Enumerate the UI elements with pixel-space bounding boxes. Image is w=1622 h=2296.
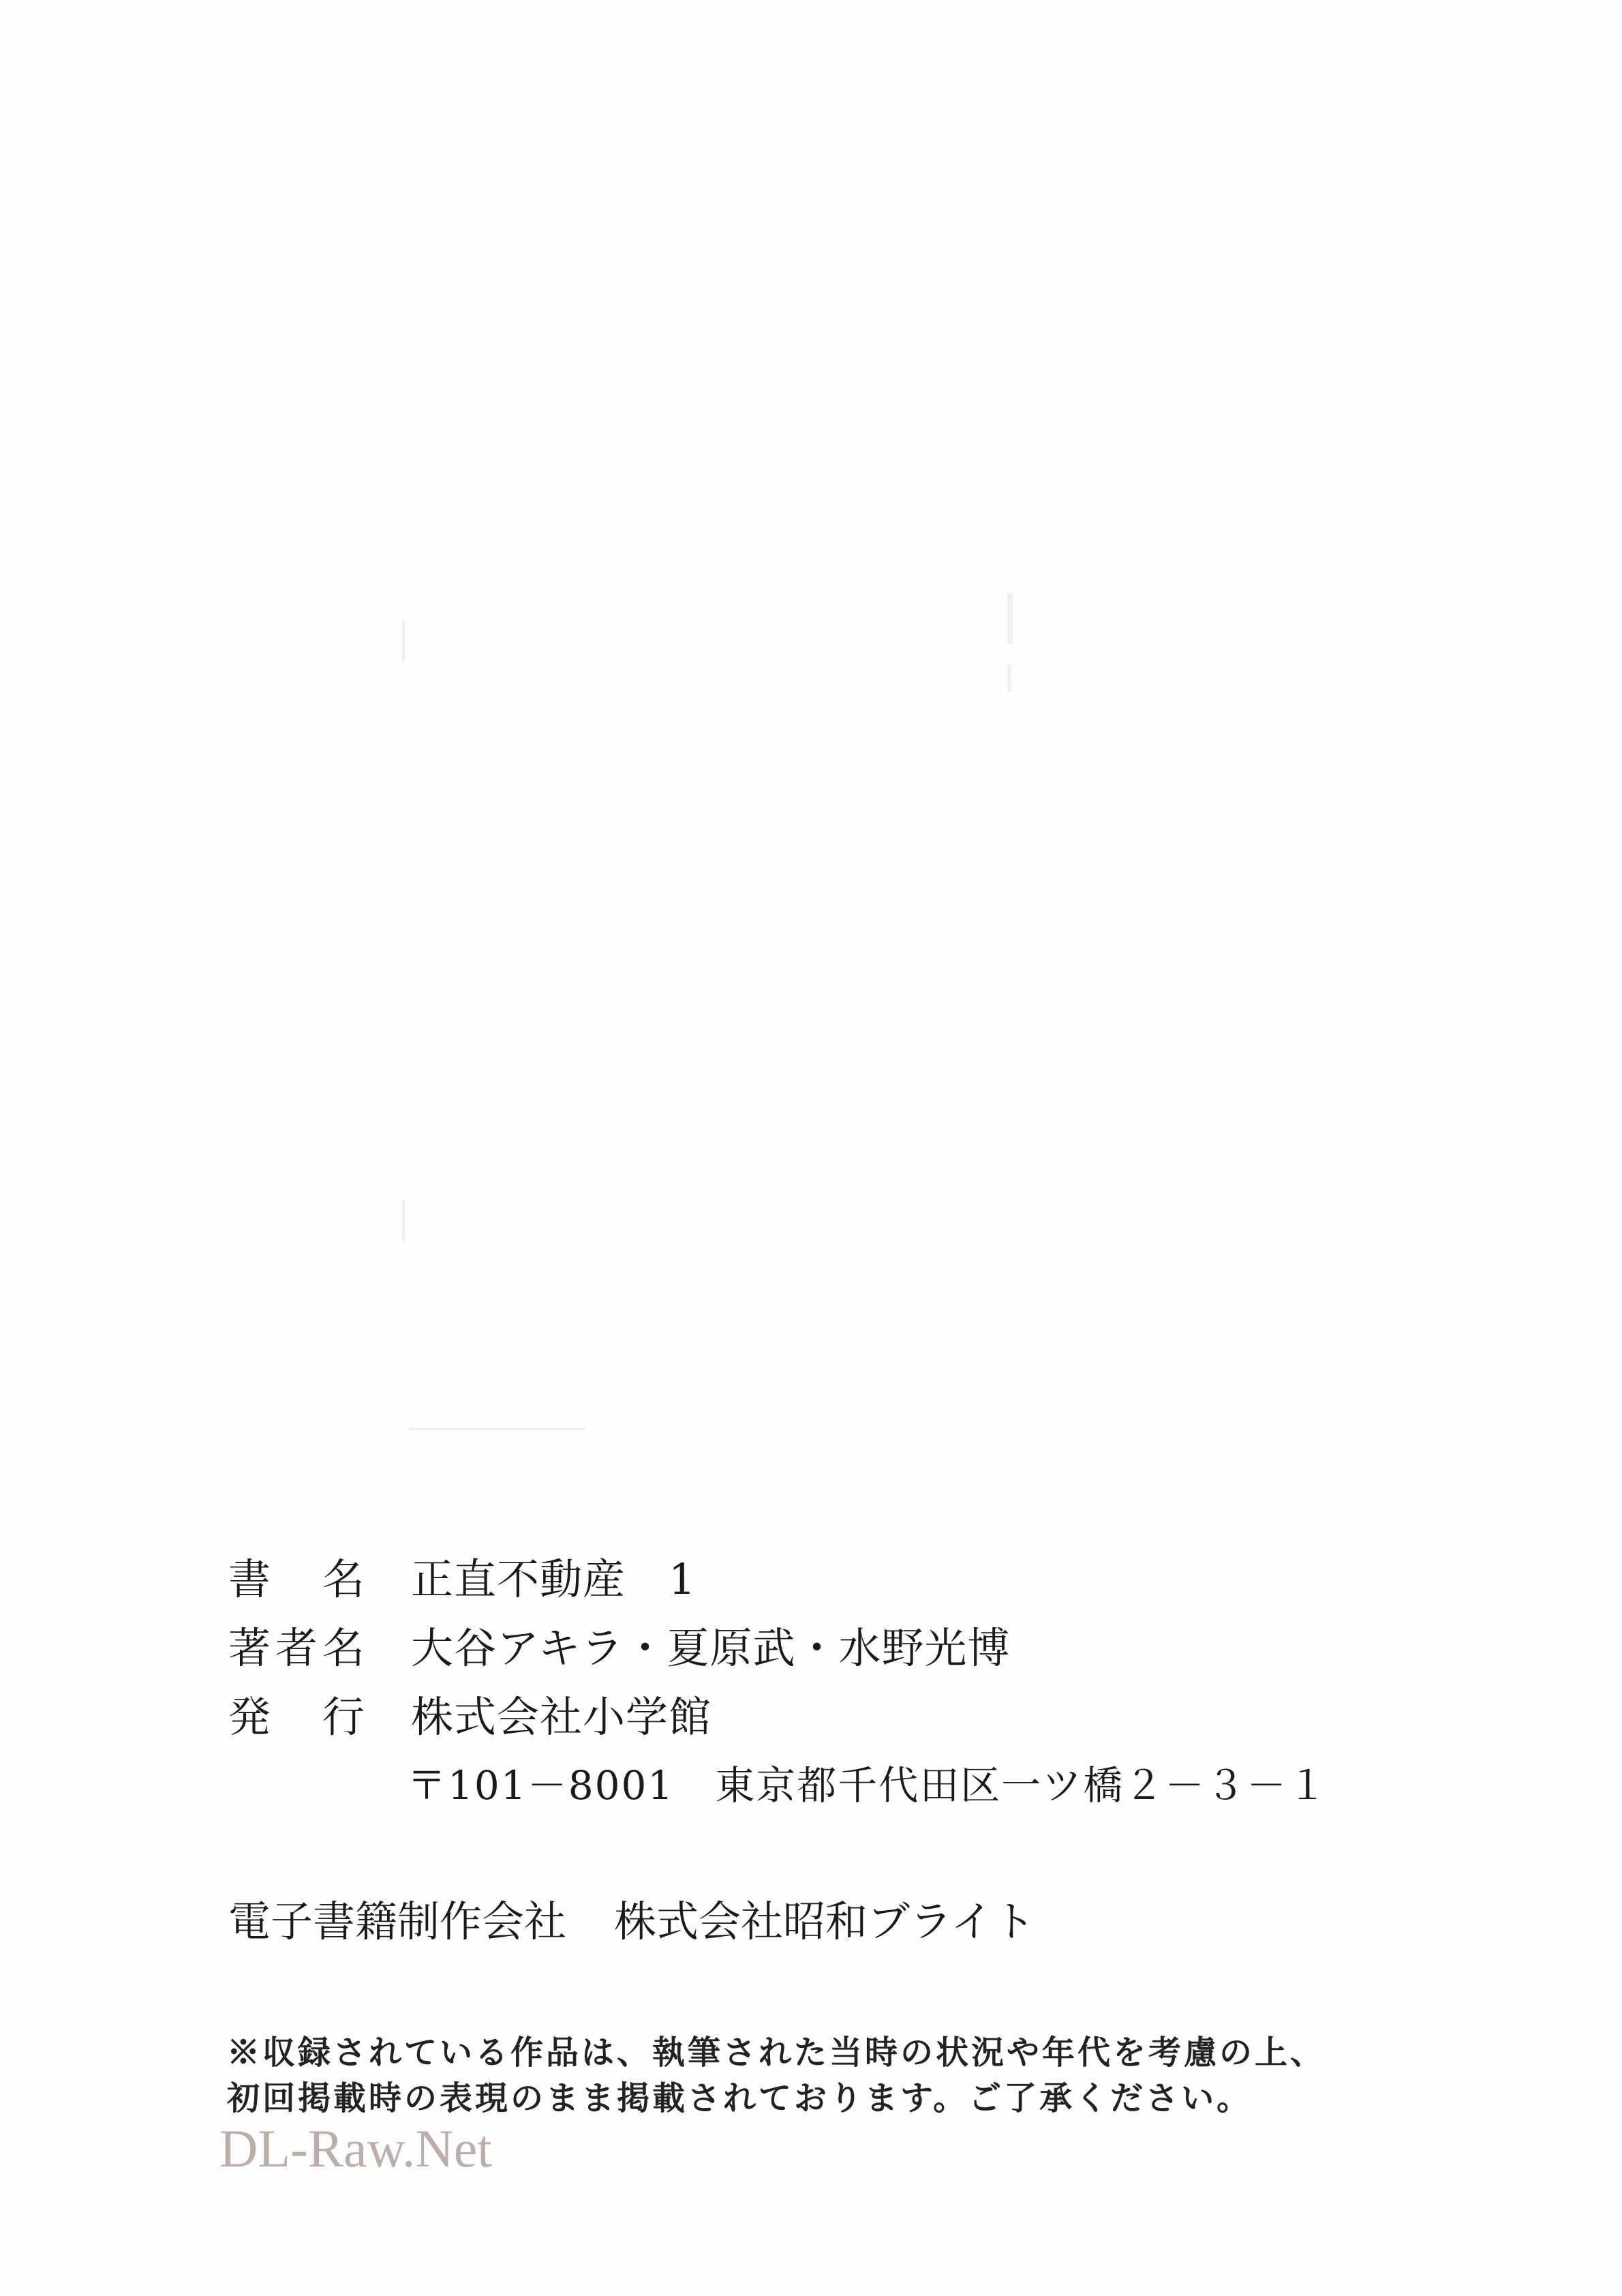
publisher-label: 発 行 xyxy=(228,1693,365,1741)
scan-artifact xyxy=(409,1428,586,1430)
publisher-address: 〒101－8001 東京都千代田区一ツ橋２－３－１ xyxy=(407,1762,1328,1809)
colophon-page: 書 名 正直不動産 1 著 者 名 大谷アキラ・夏原武・水野光博 発 行 株式会… xyxy=(0,0,1622,2296)
authors-label: 著 者 名 xyxy=(228,1625,365,1672)
scan-artifact xyxy=(402,1200,405,1241)
notice-line: 初回掲載時の表現のまま掲載されております。ご了承ください。 xyxy=(227,2076,1326,2121)
scan-artifact xyxy=(1007,593,1013,644)
scan-artifact xyxy=(402,620,405,661)
ebook-producer-line: 電子書籍制作会社株式会社昭和ブライト xyxy=(228,1898,1035,1946)
publisher-name: 株式会社小学館 xyxy=(411,1693,711,1741)
producer-name: 株式会社昭和ブライト xyxy=(614,1897,1035,1946)
notice-line: ※収録されている作品は、執筆された当時の状況や年代を考慮の上、 xyxy=(227,2030,1326,2076)
title-label: 書 名 xyxy=(228,1556,365,1603)
content-notice: ※収録されている作品は、執筆された当時の状況や年代を考慮の上、 初回掲載時の表現… xyxy=(227,2030,1326,2121)
scan-artifact xyxy=(1007,665,1011,692)
author-names: 大谷アキラ・夏原武・水野光博 xyxy=(411,1625,1011,1672)
watermark: DL-Raw.Net xyxy=(219,2121,492,2176)
book-title: 正直不動産 1 xyxy=(411,1556,696,1603)
producer-label: 電子書籍制作会社 xyxy=(228,1897,566,1946)
